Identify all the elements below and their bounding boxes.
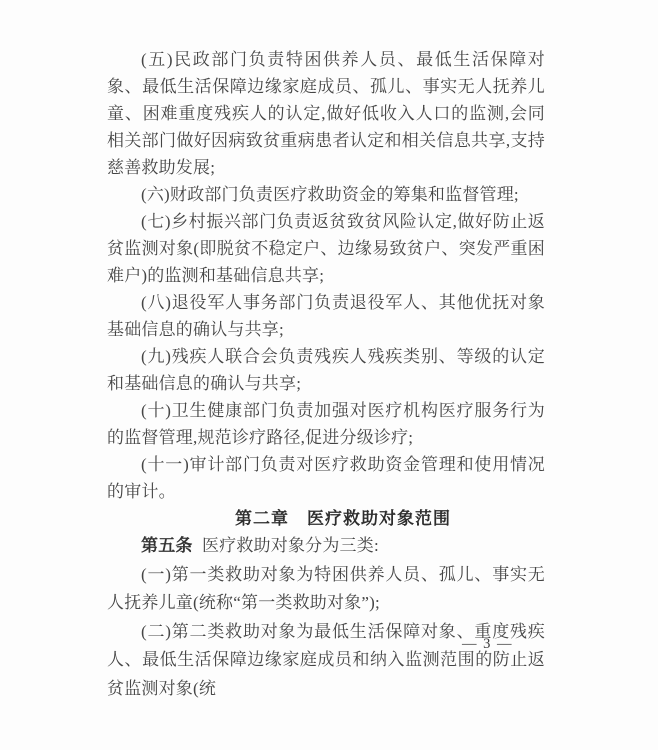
chapter-body: 第五条医疗救助对象分为三类: (一)第一类救助对象为特困供养人员、孤儿、事实无人… bbox=[107, 532, 545, 703]
document-paragraph: (二)第二类救助对象为最低生活保障对象、重度残疾人、最低生活保障边缘家庭成员和纳… bbox=[107, 618, 545, 704]
chapter-heading: 第二章 医疗救助对象范围 bbox=[107, 505, 545, 532]
document-paragraph: (七)乡村振兴部门负责返贫致贫风险认定,做好防止返贫监测对象(即脱贫不稳定户、边… bbox=[107, 208, 545, 289]
document-paragraph: (十一)审计部门负责对医疗救助资金管理和使用情况的审计。 bbox=[107, 451, 545, 505]
article-text: 医疗救助对象分为三类: bbox=[202, 536, 379, 555]
article-line: 第五条医疗救助对象分为三类: bbox=[107, 532, 545, 561]
document-paragraph: (九)残疾人联合会负责残疾人残疾类别、等级的认定和基础信息的确认与共享; bbox=[107, 343, 545, 397]
document-paragraph: (八)退役军人事务部门负责退役军人、其他优抚对象基础信息的确认与共享; bbox=[107, 289, 545, 343]
article-number: 第五条 bbox=[141, 536, 193, 555]
document-paragraph: (十)卫生健康部门负责加强对医疗机构医疗服务行为的监督管理,规范诊疗路径,促进分… bbox=[107, 397, 545, 451]
document-paragraph: (五)民政部门负责特困供养人员、最低生活保障对象、最低生活保障边缘家庭成员、孤儿… bbox=[107, 46, 545, 181]
document-page: (五)民政部门负责特困供养人员、最低生活保障对象、最低生活保障边缘家庭成员、孤儿… bbox=[0, 0, 658, 750]
document-paragraph: (一)第一类救助对象为特困供养人员、孤儿、事实无人抚养儿童(统称“第一类救助对象… bbox=[107, 561, 545, 618]
document-paragraph: (六)财政部门负责医疗救助资金的筹集和监督管理; bbox=[107, 181, 545, 208]
page-number: — 3 — bbox=[462, 636, 522, 653]
document-text-block: (五)民政部门负责特困供养人员、最低生活保障对象、最低生活保障边缘家庭成员、孤儿… bbox=[107, 46, 545, 703]
